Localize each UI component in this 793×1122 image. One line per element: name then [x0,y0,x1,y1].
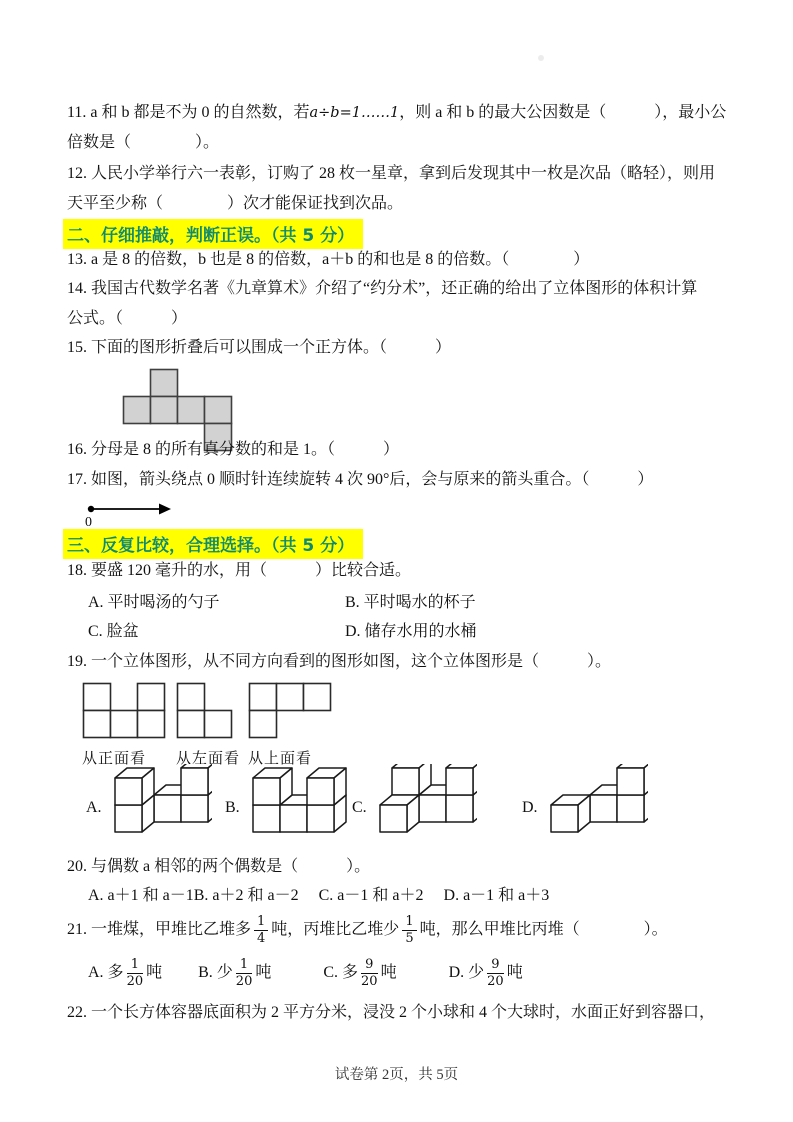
question-19-option-c: C. [352,764,477,836]
rotation-arrow-figure: 0 [84,499,174,530]
question-19-option-c-label: C. [352,799,367,817]
section-3-header: 三、反复比较，合理选择。（共 5 分） [63,529,363,559]
section-2-header: 二、仔细推敲，判断正误。（共 5 分） [63,219,363,249]
question-15: 15. 下面的图形折叠后可以围成一个正方体。（ ） [67,336,451,359]
question-12-line-1: 12. 人民小学举行六一表彰，订购了 28 枚一星章，拿到后发现其中一枚是次品（… [67,162,715,185]
view-left-grid-svg [176,682,233,739]
view-left-grid [176,682,240,739]
view-front-grid [82,682,166,739]
question-19-option-a-figure [111,764,212,836]
question-19-option-d: D. [522,764,648,836]
view-top-grid [248,682,332,739]
question-19-option-d-figure-svg [547,764,648,836]
question-19-option-b-figure-svg [249,764,350,836]
question-18-option-a: A. 平时喝汤的勺子 [88,591,220,614]
view-front-grid-svg [82,682,166,739]
page-footer: 试卷第 2页，共 5页 [0,1063,793,1084]
q11-text-start: 11. a 和 b 都是不为 0 的自然数，若 [67,104,310,121]
fraction: 920 [361,958,378,988]
view-left: 从左面看 [176,682,240,768]
exam-page: 11. a 和 b 都是不为 0 的自然数，若a÷b=1……1，则 a 和 b … [0,0,793,1122]
question-20-stem: 20. 与偶数 a 相邻的两个偶数是（ ）。 [67,855,370,878]
view-top-grid-svg [248,682,332,739]
question-21-options: A. 多120吨 B. 少120吨 C. 多920吨 D. 少920吨 [88,958,523,988]
question-13: 13. a 是 8 的倍数，b 也是 8 的倍数，a＋b 的和也是 8 的倍数。… [67,248,589,271]
fraction: 14 [254,915,268,945]
question-12-line-2: 天平至少称（ ）次才能保证找到次品。 [67,192,403,215]
point-o-label: 0 [85,516,174,530]
view-front: 从正面看 [82,682,166,768]
question-14-line-2: 公式。（ ） [67,307,187,330]
question-16: 16. 分母是 8 的所有真分数的和是 1。（ ） [67,438,399,461]
fraction: 920 [487,958,504,988]
question-19-option-a: A. [86,764,212,836]
question-18-option-b: B. 平时喝水的杯子 [345,591,476,614]
question-14-line-1: 14. 我国古代数学名著《九章算术》介绍了“约分术”，还正确的给出了立体图形的体… [67,277,697,300]
question-22: 22. 一个长方体容器底面积为 2 平方分米，浸没 2 个小球和 4 个大球时，… [67,1001,715,1024]
q11-division-formula: a÷b=1……1 [310,105,400,121]
question-19-option-a-label: A. [86,799,102,817]
question-17: 17. 如图，箭头绕点 0 顺时针连续旋转 4 次 90°后，会与原来的箭头重合… [67,468,653,491]
watermark-dot [538,55,544,61]
question-20-options: A. a＋1 和 a－1B. a＋2 和 a－2 C. a－1 和 a＋2 D.… [88,884,549,907]
question-19-stem: 19. 一个立体图形，从不同方向看到的图形如图，这个立体图形是（ ）。 [67,650,611,673]
question-19-option-b-label: B. [225,799,240,817]
question-19-option-d-figure [547,764,648,836]
question-18-option-d: D. 储存水用的水桶 [345,620,477,643]
question-18-option-c: C. 脸盆 [88,620,139,643]
question-19-option-c-figure-svg [376,764,477,836]
question-11-line-1: 11. a 和 b 都是不为 0 的自然数，若a÷b=1……1，则 a 和 b … [67,101,726,125]
question-19-option-d-label: D. [522,799,538,817]
question-19-option-a-figure-svg [111,764,212,836]
fraction: 120 [127,958,144,988]
question-21-stem: 21. 一堆煤，甲堆比乙堆多14吨，丙堆比乙堆少15吨，那么甲堆比丙堆（ ）。 [67,915,668,945]
question-19-option-c-figure [376,764,477,836]
view-top: 从上面看 [248,682,332,768]
question-11-line-2: 倍数是（ ）。 [67,131,219,154]
q11-text-end: ，则 a 和 b 的最大公因数是（ ），最小公 [399,104,726,121]
question-19-option-b: B. [225,764,350,836]
question-19-option-b-figure [249,764,350,836]
question-18-stem: 18. 要盛 120 毫升的水，用（ ）比较合适。 [67,559,411,582]
fraction: 15 [402,915,416,945]
fraction: 120 [236,958,253,988]
